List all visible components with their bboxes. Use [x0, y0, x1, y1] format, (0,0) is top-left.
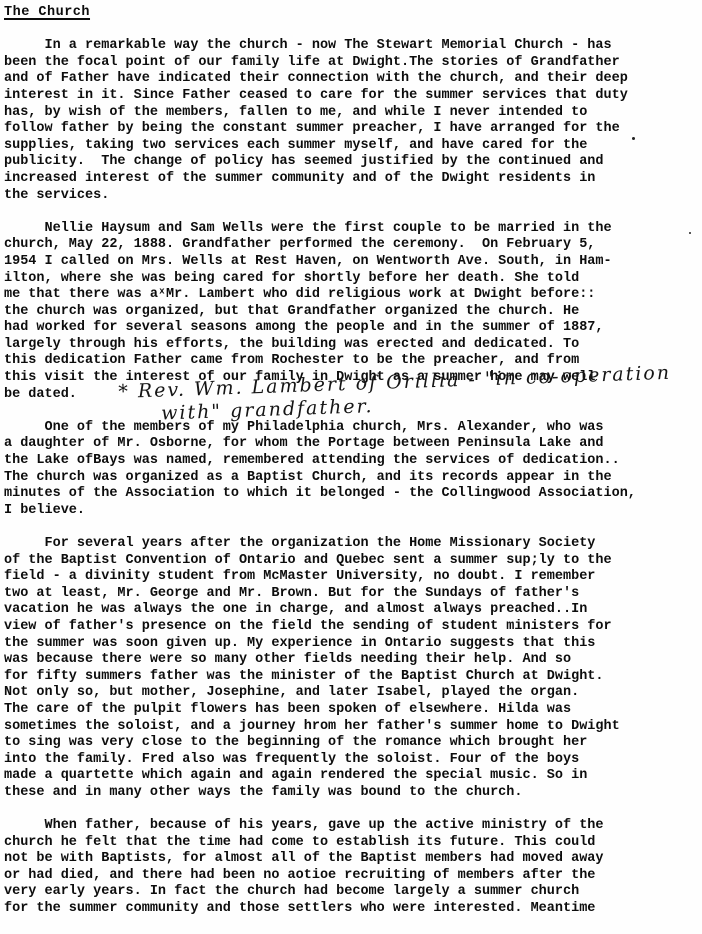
typewritten-memoir-page: The Church In a remarkable way the churc… [0, 0, 702, 934]
paragraph-church-intro: In a remarkable way the church - now The… [4, 38, 702, 204]
ink-speck [689, 232, 691, 234]
paragraph-first-wedding: Nellie Haysum and Sam Wells were the fir… [4, 221, 702, 404]
page-title: The Church [4, 5, 90, 22]
paragraph-missionary-society: For several years after the organization… [4, 536, 702, 802]
paragraph-church-future: When father, because of his years, gave … [4, 818, 702, 918]
paragraph-dedication-members: One of the members of my Philadelphia ch… [4, 420, 702, 520]
title-row: The Church [4, 5, 702, 22]
ink-speck [632, 137, 635, 140]
